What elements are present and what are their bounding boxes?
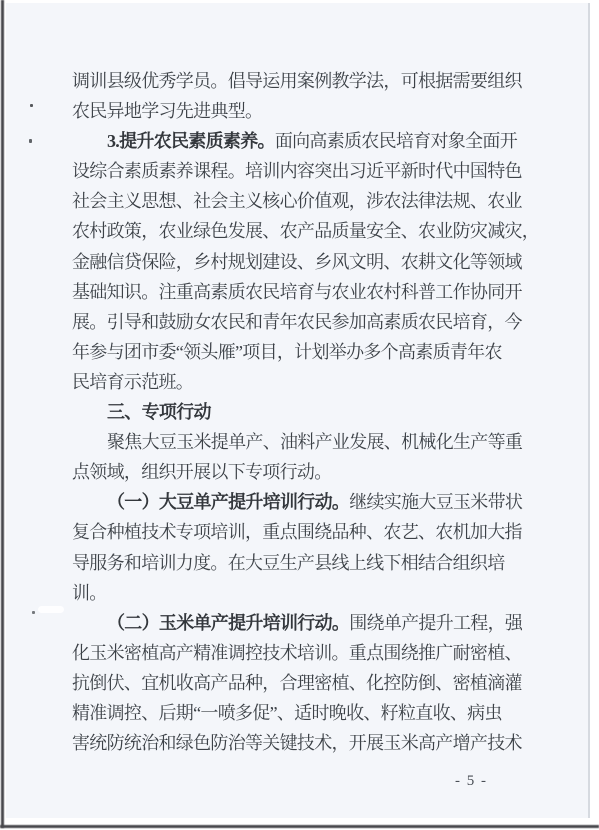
text-segment: 3.提升农民素质素养。 xyxy=(107,131,275,151)
text-line: 设综合素质素养课程。培训内容突出习近平新时代中国特色 xyxy=(72,156,539,186)
text-line: （二）玉米单产提升培训行动。围绕单产提升工程，强 xyxy=(72,608,539,638)
text-segment: 基础知识。注重高素质农民培育与农业农村科普工作协同开 xyxy=(72,282,522,302)
text-segment: 金融信贷保险，乡村规划建设、乡风文明、农耕文化等领域 xyxy=(72,252,522,272)
text-segment: 精准调控、后期“一喷多促”、适时晚收、籽粒直收、病虫 xyxy=(72,703,502,723)
text-line: 3.提升农民素质素养。面向高素质农民培育对象全面开 xyxy=(72,126,539,156)
text-line: 复合种植技术专项培训，重点围绕品种、农艺、农机加大指 xyxy=(72,517,539,547)
text-segment: 点领域，组织开展以下专项行动。 xyxy=(72,462,332,482)
text-line: 农村政策，农业绿色发展、农产品质量安全、农业防灾减灾， xyxy=(72,216,539,246)
page-number: - 5 - xyxy=(455,772,488,790)
text-line: 害统防统治和绿色防治等关键技术，开展玉米高产增产技术 xyxy=(72,728,539,758)
text-line: 基础知识。注重高素质农民培育与农业农村科普工作协同开 xyxy=(72,277,539,307)
text-segment: 三、专项行动 xyxy=(107,402,211,422)
text-segment: 农民异地学习先进典型。 xyxy=(72,101,262,121)
text-line: 化玉米密植高产精准调控技术培训。重点围绕推广耐密植、 xyxy=(72,638,539,668)
text-line: 聚焦大豆玉米提单产、油料产业发展、机械化生产等重 xyxy=(72,427,539,457)
text-line: 抗倒伏、宜机收高产品种，合理密植、化控防倒、密植滴灌 xyxy=(72,668,539,698)
scanner-edge-left xyxy=(1,0,4,828)
text-lines: 调训县级优秀学员。倡导运用案例教学法，可根据需要组织农民异地学习先进典型。3.提… xyxy=(72,66,539,758)
text-segment: （一）大豆单产提升培训行动。 xyxy=(107,492,349,512)
text-segment: 调训县级优秀学员。倡导运用案例教学法，可根据需要组织 xyxy=(72,71,522,91)
scan-speck xyxy=(32,611,35,614)
text-line: 年参与团市委“领头雁”项目，计划举办多个高素质青年农 xyxy=(72,337,539,367)
text-segment: 年参与团市委“领头雁”项目，计划举办多个高素质青年农 xyxy=(72,342,502,362)
text-segment: 民培育示范班。 xyxy=(72,372,193,392)
text-segment: 面向高素质农民培育对象全面开 xyxy=(275,131,517,151)
scanned-document-screenshot: { "page": { "paper_color": "#f4f6fa", "t… xyxy=(0,0,599,830)
text-line: 点领域，组织开展以下专项行动。 xyxy=(72,457,539,487)
text-line: （一）大豆单产提升培训行动。继续实施大豆玉米带状 xyxy=(72,487,539,517)
scan-speck xyxy=(30,104,33,107)
text-segment: 导服务和培训力度。在大豆生产县线上线下相结合组织培 xyxy=(72,553,505,573)
text-segment: 化玉米密植高产精准调控技术培训。重点围绕推广耐密植、 xyxy=(72,643,522,663)
text-line: 导服务和培训力度。在大豆生产县线上线下相结合组织培 xyxy=(72,548,539,578)
section-heading: 三、专项行动 xyxy=(72,397,539,427)
text-line: 精准调控、后期“一喷多促”、适时晚收、籽粒直收、病虫 xyxy=(72,698,539,728)
text-segment: 社会主义思想、社会主义核心价值观，涉农法律法规、农业 xyxy=(72,191,522,211)
text-segment: 抗倒伏、宜机收高产品种，合理密植、化控防倒、密植滴灌 xyxy=(72,673,522,693)
text-segment: （二）玉米单产提升培训行动。 xyxy=(107,613,349,633)
text-line: 展。引导和鼓励女农民和青年农民参加高素质农民培育，今 xyxy=(72,307,539,337)
scanner-edge-bottom xyxy=(0,825,599,828)
text-segment: 农村政策，农业绿色发展、农产品质量安全、农业防灾减灾， xyxy=(72,221,539,241)
text-line: 农民异地学习先进典型。 xyxy=(72,96,539,126)
text-line: 调训县级优秀学员。倡导运用案例教学法，可根据需要组织 xyxy=(72,66,539,96)
text-line: 民培育示范班。 xyxy=(72,367,539,397)
text-segment: 复合种植技术专项培训，重点围绕品种、农艺、农机加大指 xyxy=(72,522,522,542)
text-line: 训。 xyxy=(72,578,539,608)
text-segment: 展。引导和鼓励女农民和青年农民参加高素质农民培育，今 xyxy=(72,312,522,332)
text-segment: 聚焦大豆玉米提单产、油料产业发展、机械化生产等重 xyxy=(107,432,522,452)
text-segment: 围绕单产提升工程，强 xyxy=(349,613,522,633)
scan-speck xyxy=(29,139,32,143)
text-segment: 继续实施大豆玉米带状 xyxy=(349,492,522,512)
text-line: 金融信贷保险，乡村规划建设、乡风文明、农耕文化等领域 xyxy=(72,247,539,277)
scan-smudge xyxy=(38,606,64,613)
text-segment: 训。 xyxy=(72,583,107,603)
document-page: 调训县级优秀学员。倡导运用案例教学法，可根据需要组织农民异地学习先进典型。3.提… xyxy=(6,3,590,818)
text-segment: 害统防统治和绿色防治等关键技术，开展玉米高产增产技术 xyxy=(72,733,522,753)
text-line: 社会主义思想、社会主义核心价值观，涉农法律法规、农业 xyxy=(72,186,539,216)
text-segment: 设综合素质素养课程。培训内容突出习近平新时代中国特色 xyxy=(72,161,522,181)
